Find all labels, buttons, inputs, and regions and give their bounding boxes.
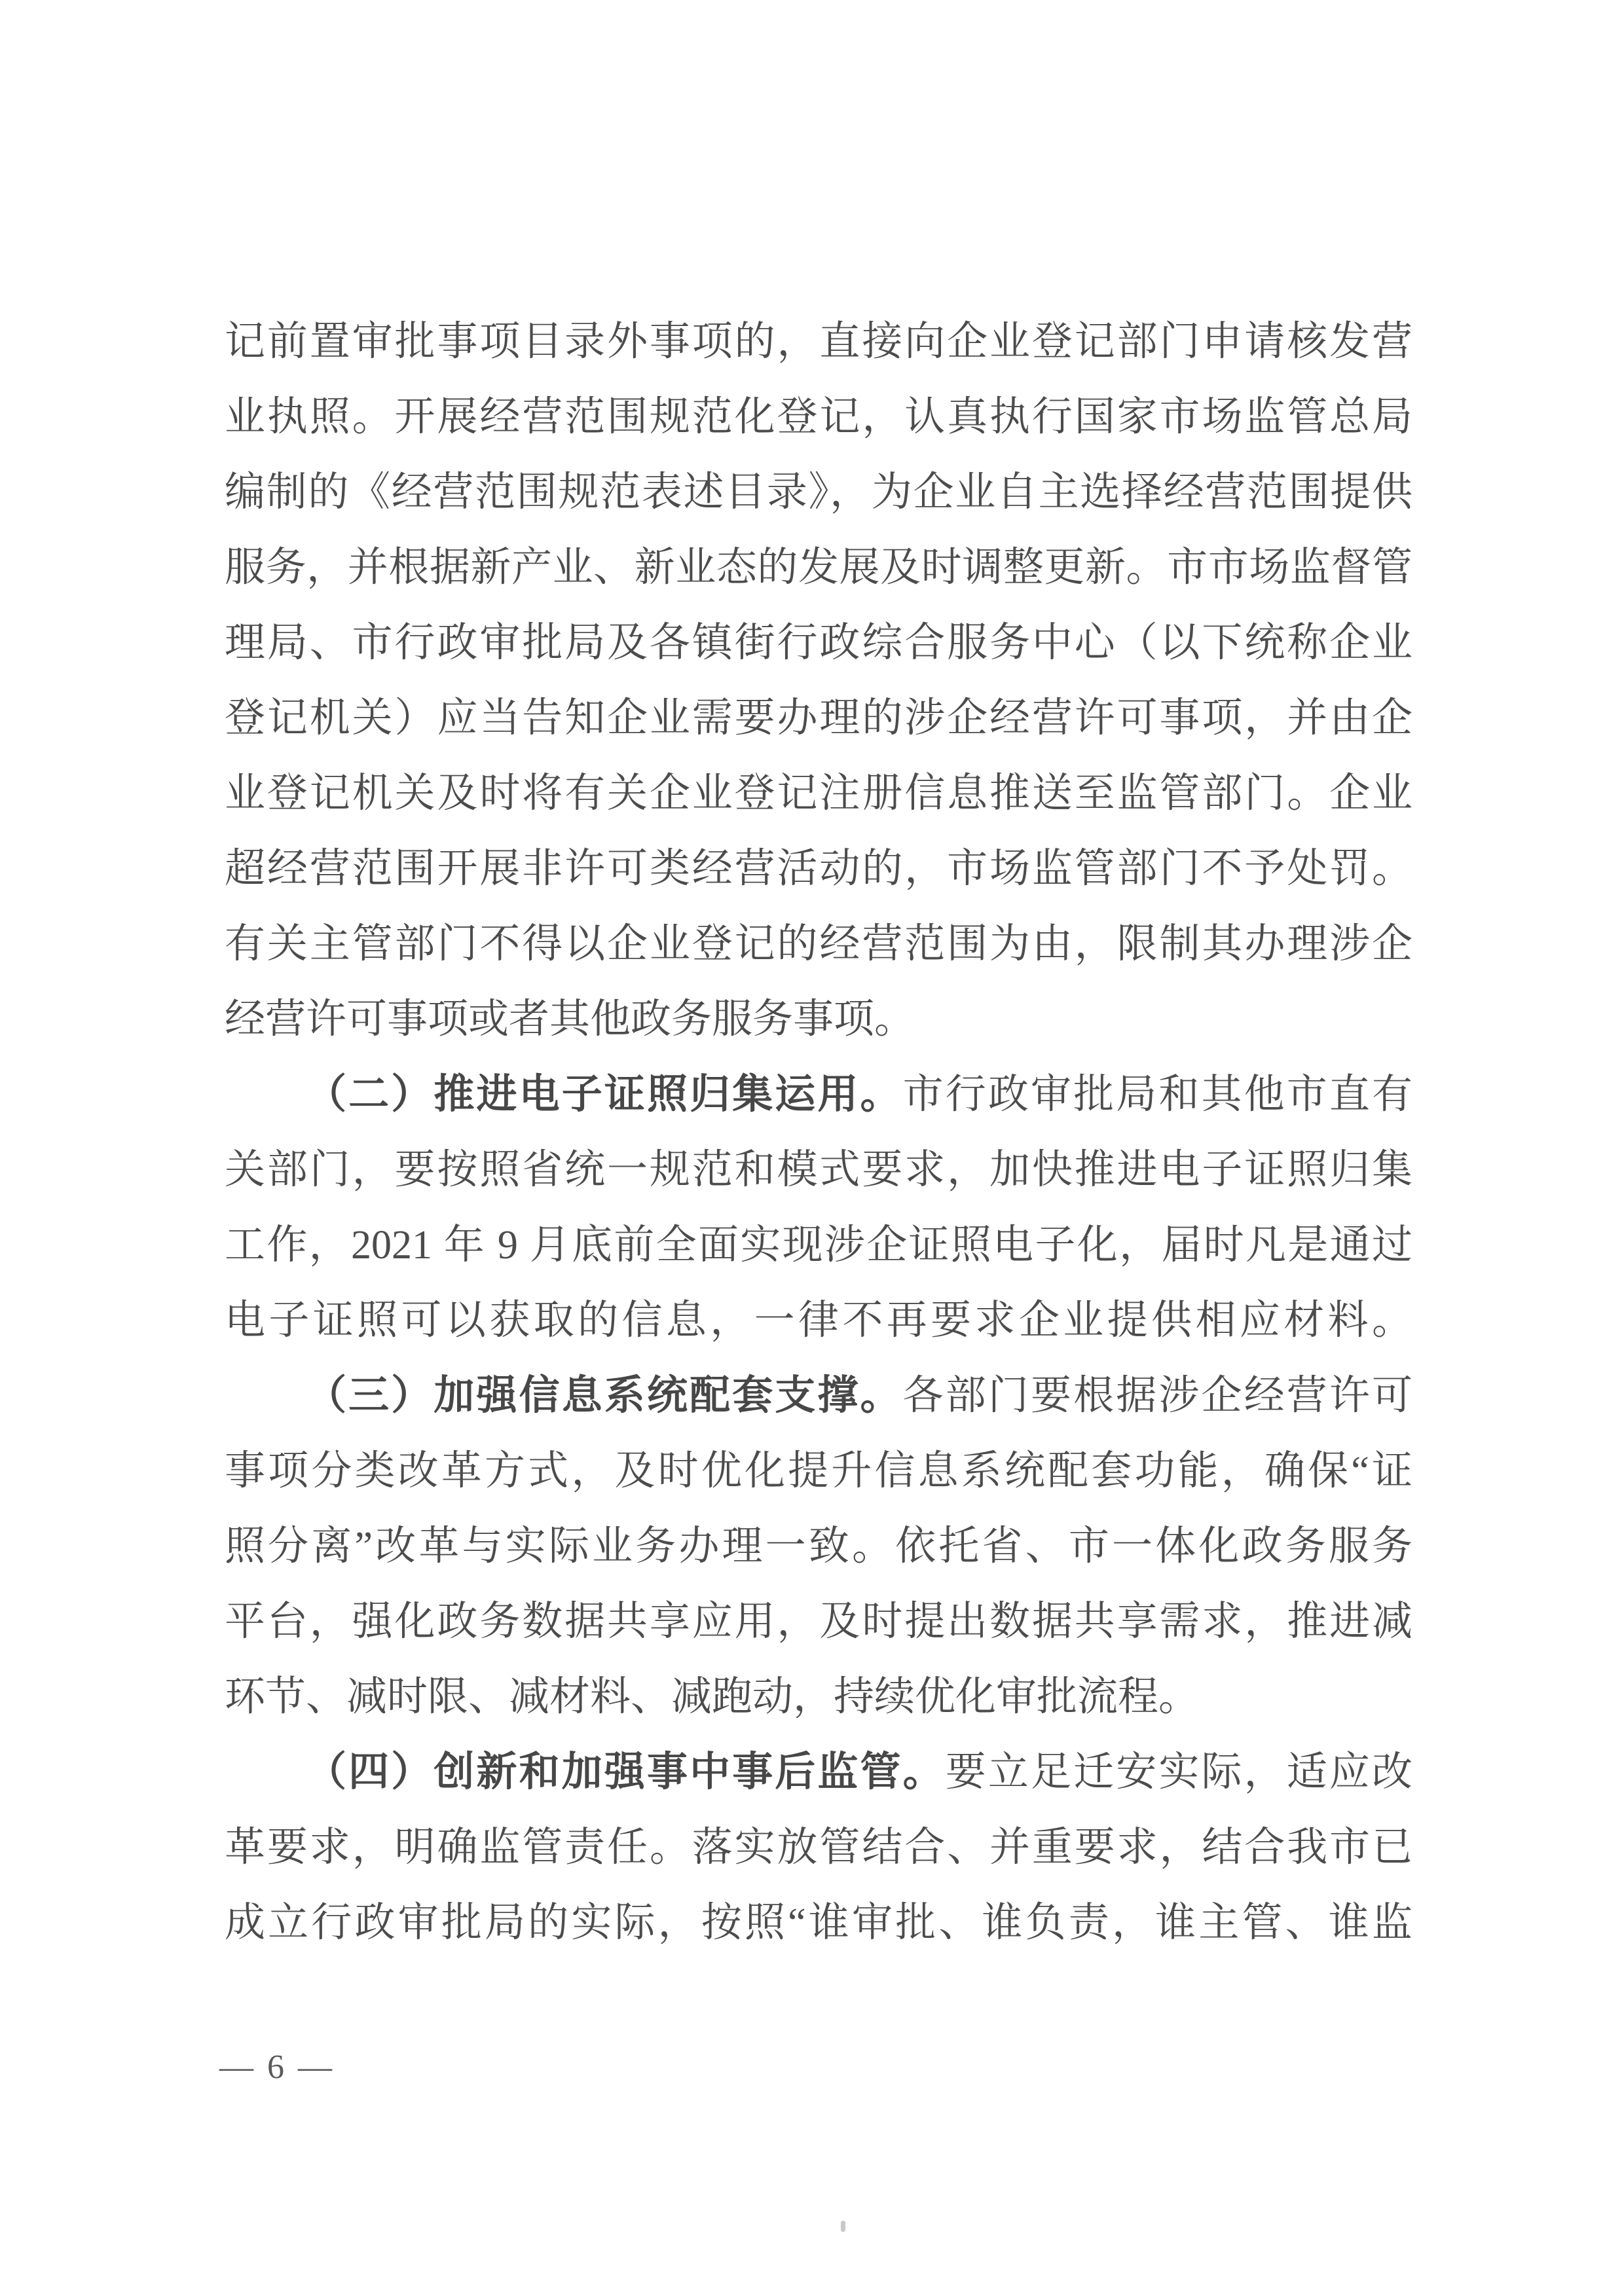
text-line: 电子证照可以获取的信息，一律不再要求企业提供相应材料。 (225, 1283, 1412, 1358)
text-line-section-start: （二）推进电子证照归集运用。市行政审批局和其他市直有 (225, 1057, 1412, 1133)
text-line-body: 工作，2021 年 9 月底前全面实现涉企证照电子化，届时凡是通过 (225, 1223, 1412, 1267)
text-line-body: 成立行政审批局的实际，按照“谁审批、谁负责，谁主管、谁监 (225, 1901, 1412, 1945)
text-line-body: 事项分类改革方式，及时优化提升信息系统配套功能，确保“证 (225, 1449, 1412, 1493)
text-line: 超经营范围开展非许可类经营活动的，市场监管部门不予处罚。 (225, 831, 1412, 907)
text-line-section-start: （三）加强信息系统配套支撑。各部门要根据涉企经营许可 (225, 1358, 1412, 1434)
scan-speck-artifact (841, 2221, 845, 2232)
text-line: 事项分类改革方式，及时优化提升信息系统配套功能，确保“证 (225, 1434, 1412, 1509)
text-line-body: 环节、减时限、减材料、减跑动，持续优化审批流程。 (225, 1675, 1199, 1719)
text-line: 革要求，明确监管责任。落实放管结合、并重要求，结合我市已 (225, 1810, 1412, 1886)
text-line-body: 服务，并根据新产业、新业态的发展及时调整更新。市市场监督管 (225, 545, 1412, 590)
text-line: 关部门，要按照省统一规范和模式要求，加快推进电子证照归集 (225, 1133, 1412, 1208)
text-line: 工作，2021 年 9 月底前全面实现涉企证照电子化，届时凡是通过 (225, 1208, 1412, 1283)
section-heading: （二）推进电子证照归集运用。 (306, 1072, 903, 1117)
text-line-body: 要立足迁安实际，适应改 (946, 1750, 1412, 1795)
document-page: 记前置审批事项目录外事项的，直接向企业登记部门申请核发营 业执照。开展经营范围规… (0, 0, 1624, 2296)
text-line: 照分离”改革与实际业务办理一致。依托省、市一体化政务服务 (225, 1509, 1412, 1584)
text-line-body: 记前置审批事项目录外事项的，直接向企业登记部门申请核发营 (225, 319, 1412, 364)
text-line-body: 电子证照可以获取的信息，一律不再要求企业提供相应材料。 (225, 1298, 1412, 1343)
text-line-body: 市行政审批局和其他市直有 (903, 1072, 1412, 1117)
text-line-body: 登记机关）应当告知企业需要办理的涉企经营许可事项，并由企 (225, 696, 1412, 740)
section-heading: （四）创新和加强事中事后监管。 (306, 1750, 946, 1795)
text-line-body: 超经营范围开展非许可类经营活动的，市场监管部门不予处罚。 (225, 847, 1412, 891)
text-line: 理局、市行政审批局及各镇街行政综合服务中心（以下统称企业 (225, 606, 1412, 681)
page-number: — 6 — (219, 2041, 335, 2094)
text-line: 服务，并根据新产业、新业态的发展及时调整更新。市市场监督管 (225, 530, 1412, 606)
text-line-body: 业登记机关及时将有关企业登记注册信息推送至监管部门。企业 (225, 771, 1412, 816)
text-line-body: 革要求，明确监管责任。落实放管结合、并重要求，结合我市已 (225, 1825, 1412, 1870)
text-line: 环节、减时限、减材料、减跑动，持续优化审批流程。 (225, 1660, 1412, 1735)
text-line-body: 关部门，要按照省统一规范和模式要求，加快推进电子证照归集 (225, 1148, 1412, 1192)
text-line: 成立行政审批局的实际，按照“谁审批、谁负责，谁主管、谁监 (225, 1886, 1412, 1961)
section-heading: （三）加强信息系统配套支撑。 (306, 1374, 903, 1418)
text-line: 记前置审批事项目录外事项的，直接向企业登记部门申请核发营 (225, 304, 1412, 380)
text-line-body: 理局、市行政审批局及各镇街行政综合服务中心（以下统称企业 (225, 621, 1412, 665)
text-line: 编制的《经营范围规范表述目录》，为企业自主选择经营范围提供 (225, 455, 1412, 530)
text-line: 有关主管部门不得以企业登记的经营范围为由，限制其办理涉企 (225, 907, 1412, 982)
text-line-body: 业执照。开展经营范围规范化登记，认真执行国家市场监管总局 (225, 395, 1412, 439)
text-line-body: 编制的《经营范围规范表述目录》，为企业自主选择经营范围提供 (225, 470, 1412, 515)
text-line: 登记机关）应当告知企业需要办理的涉企经营许可事项，并由企 (225, 681, 1412, 756)
text-line-body: 各部门要根据涉企经营许可 (903, 1374, 1412, 1418)
text-line-section-start: （四）创新和加强事中事后监管。要立足迁安实际，适应改 (225, 1735, 1412, 1810)
text-line-body: 照分离”改革与实际业务办理一致。依托省、市一体化政务服务 (225, 1524, 1412, 1569)
text-line: 平台，强化政务数据共享应用，及时提出数据共享需求，推进减 (225, 1584, 1412, 1660)
document-body: 记前置审批事项目录外事项的，直接向企业登记部门申请核发营 业执照。开展经营范围规… (225, 304, 1412, 1961)
text-line-body: 有关主管部门不得以企业登记的经营范围为由，限制其办理涉企 (225, 922, 1412, 966)
text-line-body: 平台，强化政务数据共享应用，及时提出数据共享需求，推进减 (225, 1599, 1412, 1644)
text-line: 业执照。开展经营范围规范化登记，认真执行国家市场监管总局 (225, 380, 1412, 455)
text-line: 业登记机关及时将有关企业登记注册信息推送至监管部门。企业 (225, 756, 1412, 831)
text-line: 经营许可事项或者其他政务服务事项。 (225, 982, 1412, 1057)
text-line-body: 经营许可事项或者其他政务服务事项。 (225, 997, 915, 1042)
